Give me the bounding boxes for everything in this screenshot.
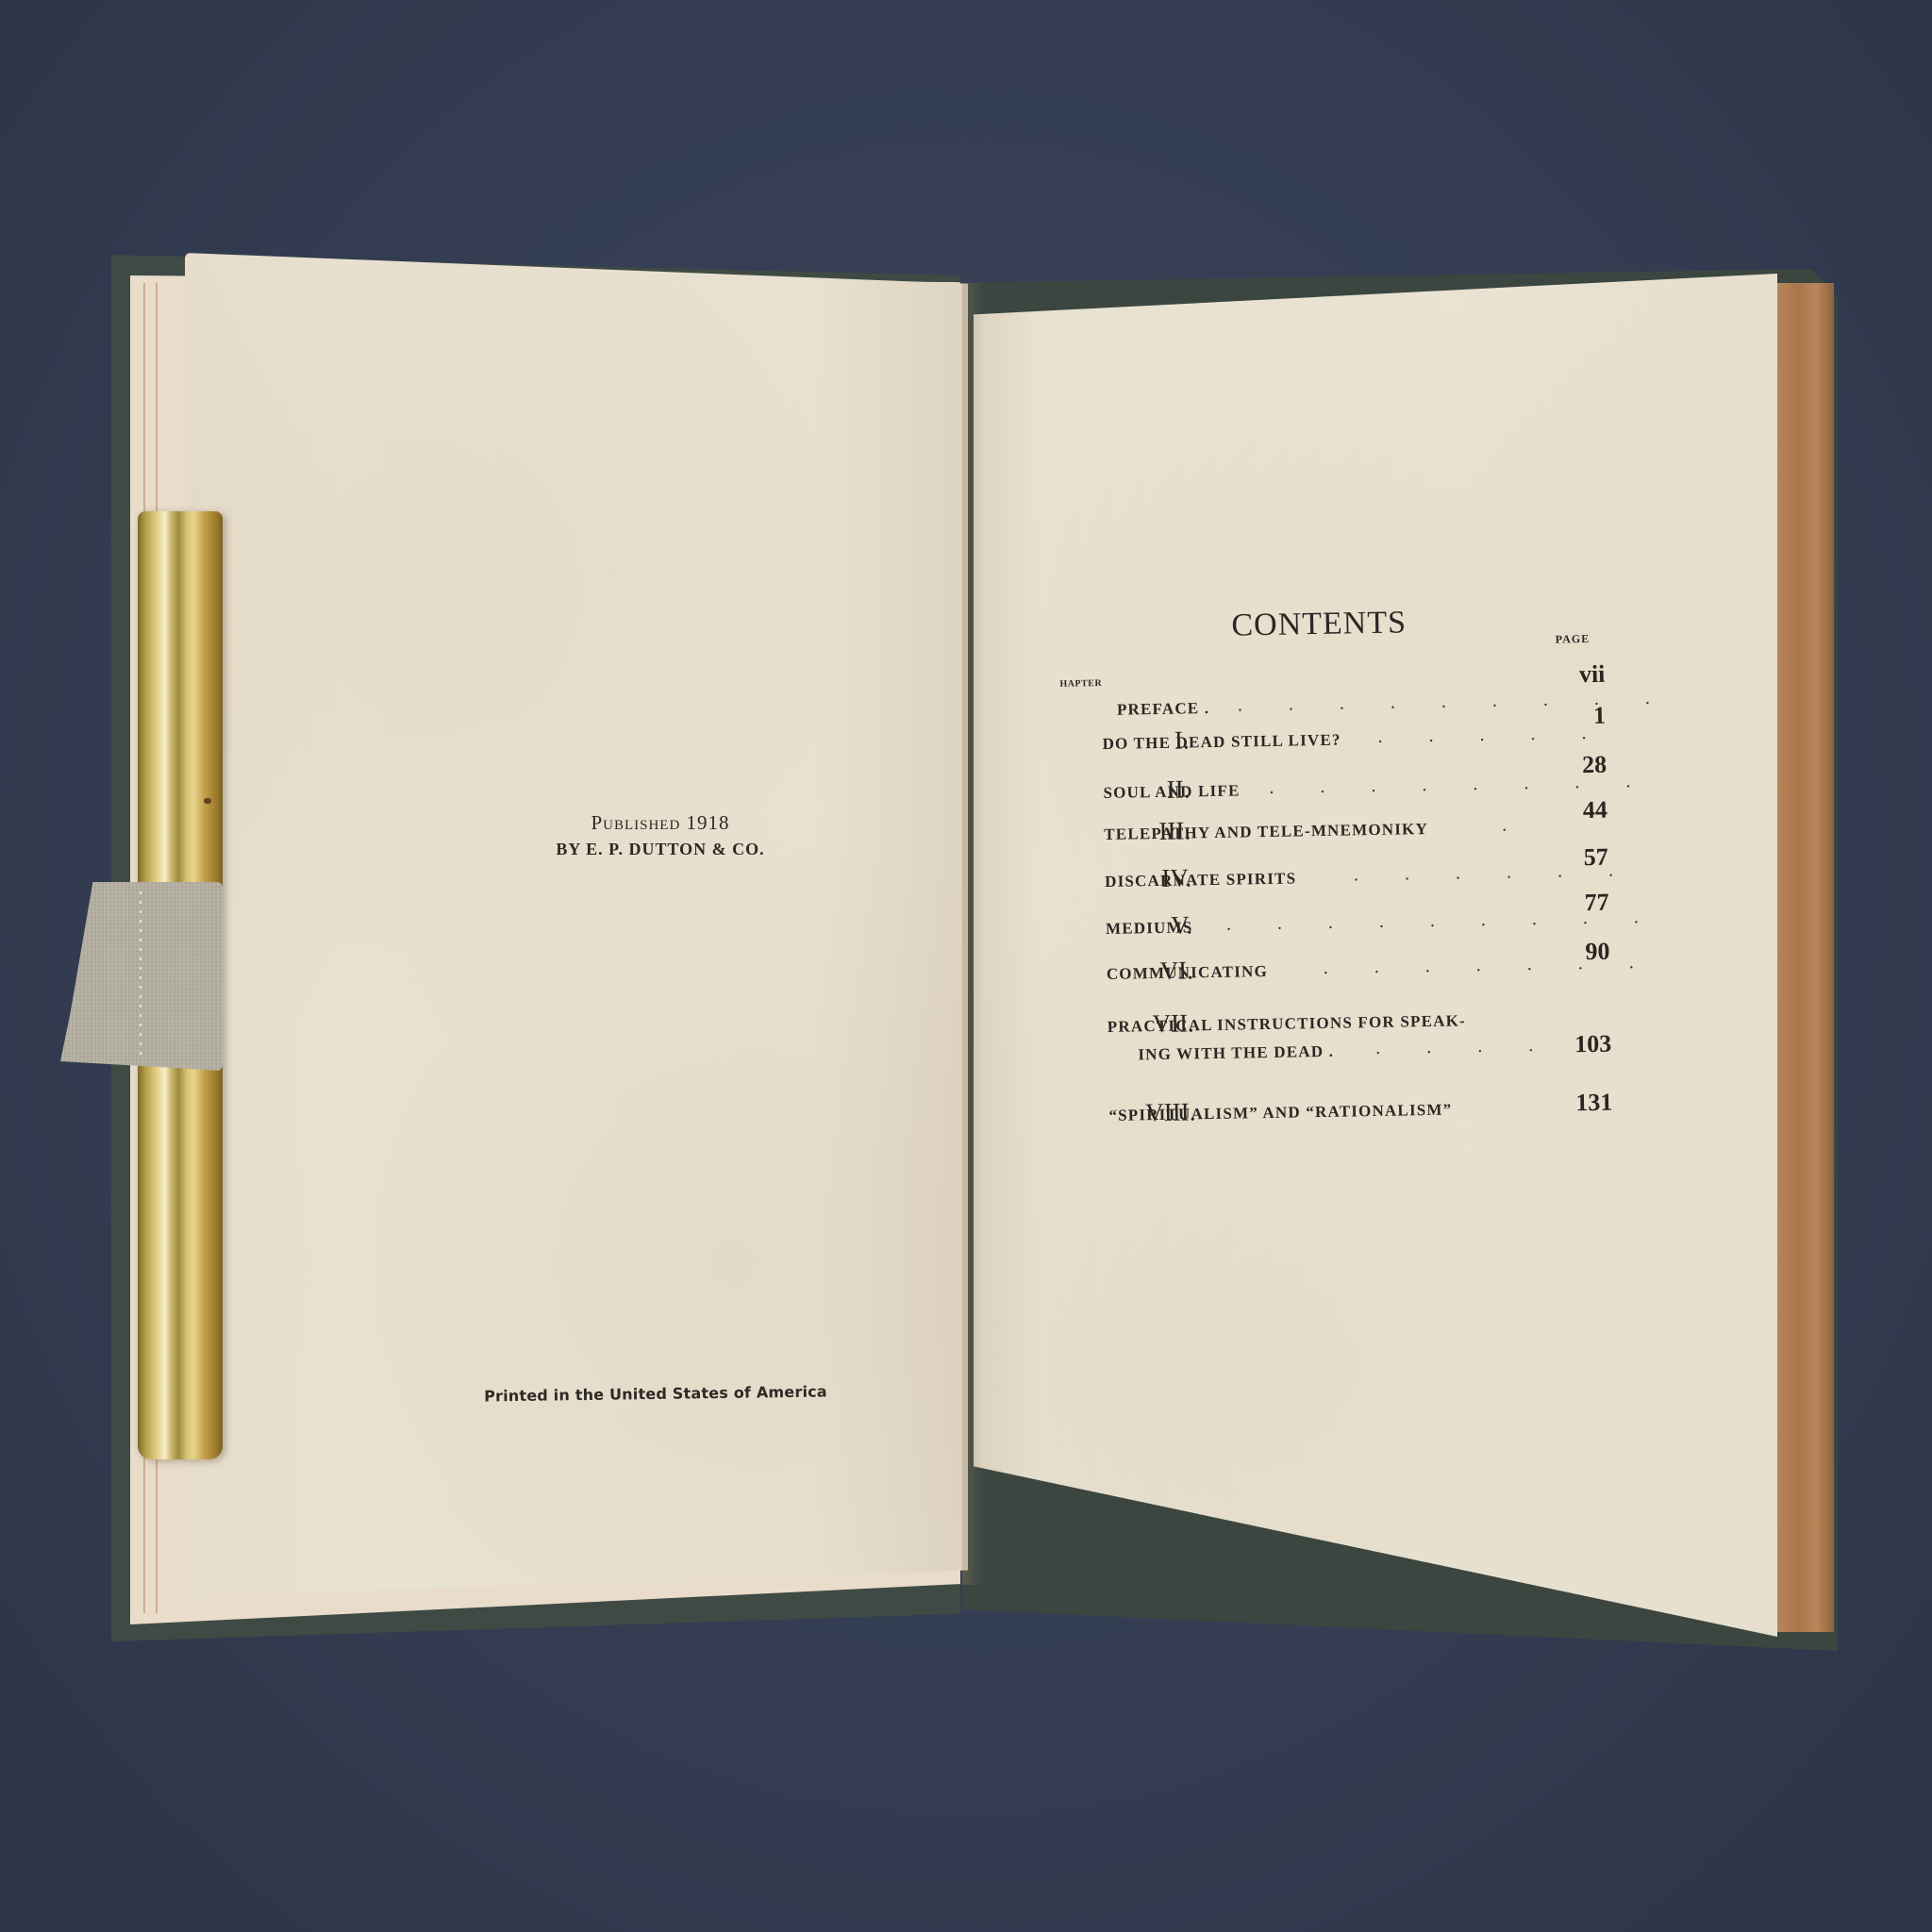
book-gutter <box>962 283 983 1585</box>
imprint-published: Published 1918 <box>528 811 792 835</box>
toc-entry-title-continuation: ING WITH THE DEAD . <box>1138 1042 1334 1065</box>
toc-entry-title: MEDIUMS <box>1106 918 1193 939</box>
toc-page-number: 103 <box>1536 1030 1612 1059</box>
toc-page-number: 1 <box>1530 702 1607 731</box>
pen-loop-stitching <box>140 891 142 1061</box>
toc-leader-dots: . . . . . . . . . <box>1238 687 1671 716</box>
page-edges <box>1774 283 1834 1632</box>
toc-leader-dots: . <box>1502 814 1527 836</box>
toc-page-number: 28 <box>1531 751 1607 780</box>
toc-page-number: 131 <box>1537 1089 1613 1118</box>
toc-entry-title: COMMUNICATING <box>1107 962 1268 984</box>
toc-page-number: 77 <box>1533 889 1609 918</box>
toc-entry-title: PREFACE . <box>1117 699 1210 720</box>
toc-entry-title: TELEPATHY AND TELE-MNEMONIKY <box>1104 820 1428 844</box>
pen-mark <box>204 798 211 804</box>
toc-page-label: PAGE <box>1556 632 1591 647</box>
toc-entry-title: DISCARNATE SPIRITS <box>1105 869 1296 891</box>
imprint-publisher: BY E. P. DUTTON & CO. <box>528 840 792 859</box>
toc-page-number: 57 <box>1533 843 1609 873</box>
toc-page-number: 44 <box>1532 796 1608 825</box>
toc-entry-title: DO THE DEAD STILL LIVE? <box>1102 731 1341 754</box>
toc-page-number: 90 <box>1534 938 1610 967</box>
toc-title: CONTENTS <box>1231 605 1407 643</box>
toc-entry: VII. PRACTICAL INSTRUCTIONS FOR SPEAK- I… <box>1054 997 1621 1091</box>
toc-entry-title: SOUL AND LIFE <box>1103 781 1240 803</box>
fabric-pen-loop <box>60 882 223 1071</box>
